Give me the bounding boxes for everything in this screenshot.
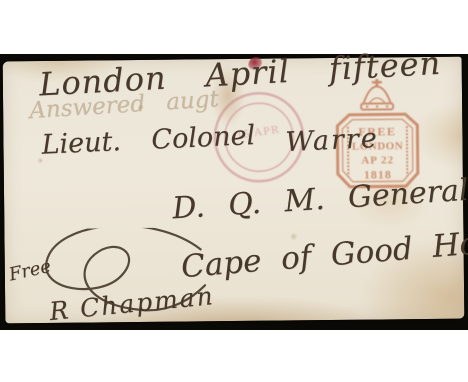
photo-mat: FREE LONDON AP 22 1818 15 APR Answered a… — [0, 54, 468, 330]
envelope-cover: FREE LONDON AP 22 1818 15 APR Answered a… — [3, 57, 465, 324]
frank-text-date: AP 22 — [361, 154, 394, 166]
addressee-name: Warre — [285, 125, 379, 156]
destination-line: Cape of Good Hope — [180, 225, 468, 283]
addressee-title: D. Q. M. General — [171, 176, 468, 225]
